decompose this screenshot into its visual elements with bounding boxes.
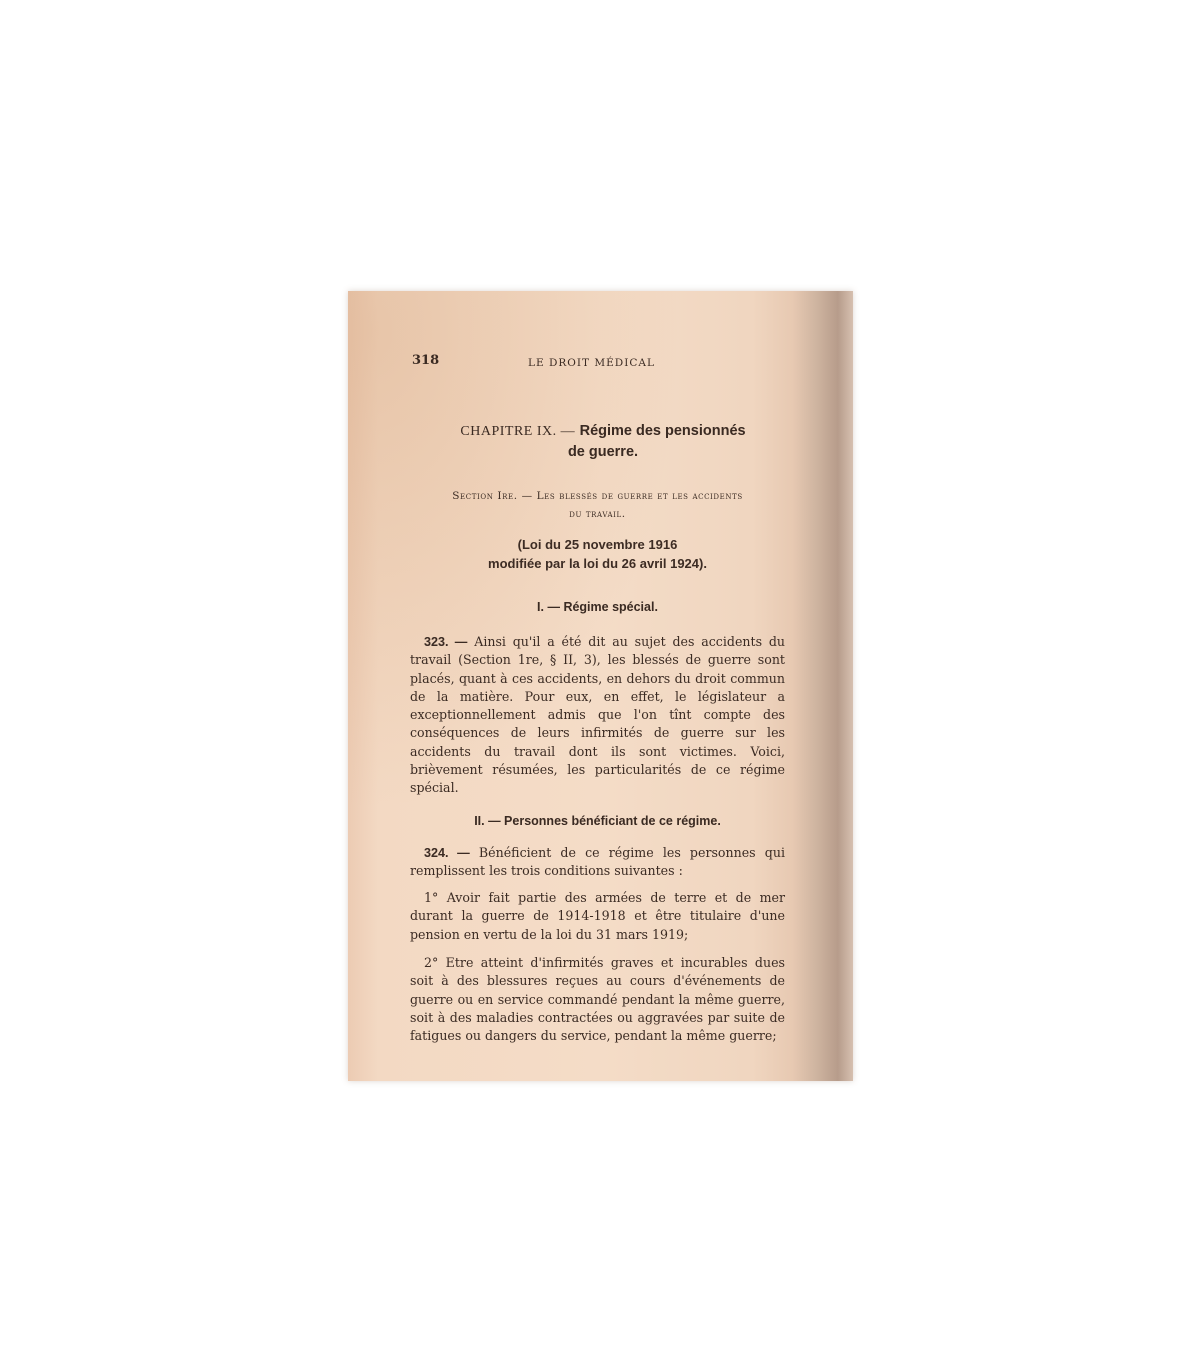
paragraph-number: 323. — — [424, 635, 467, 649]
section-line2: du travail. — [410, 505, 785, 523]
paragraph-text: Ainsi qu'il a été dit au sujet des accid… — [410, 634, 785, 795]
section-heading: Section Ire. — Les blessés de guerre et … — [410, 487, 785, 523]
chapter-title-line1: Régime des pensionnés — [580, 423, 746, 439]
paragraph-number: 324. — — [424, 846, 470, 860]
condition-1-text: 1° Avoir fait partie des armées de terre… — [410, 889, 785, 944]
law-reference-line2: modifiée par la loi du 26 avril 1924). — [410, 554, 785, 573]
chapter-label: CHAPITRE IX. — — [460, 424, 575, 439]
subsection-heading-2: II. — Personnes bénéficiant de ce régime… — [410, 814, 785, 828]
condition-2-text: 2° Etre atteint d'infirmités graves et i… — [410, 954, 785, 1045]
chapter-heading: CHAPITRE IX. — Régime des pensionnés de … — [443, 421, 763, 462]
condition-1: 1° Avoir fait partie des armées de terre… — [410, 889, 785, 944]
section-line1: Section Ire. — Les blessés de guerre et … — [410, 487, 785, 505]
condition-2: 2° Etre atteint d'infirmités graves et i… — [410, 954, 785, 1045]
law-reference-line1: (Loi du 25 novembre 1916 — [410, 535, 785, 554]
paragraph-324: 324. — Bénéficient de ce régime les pers… — [410, 844, 785, 881]
law-reference: (Loi du 25 novembre 1916 modifiée par la… — [410, 535, 785, 573]
subsection-heading-1: I. — Régime spécial. — [410, 600, 785, 614]
page-number: 318 — [412, 353, 439, 368]
scanned-book-page: 318 LE DROIT MÉDICAL CHAPITRE IX. — Régi… — [348, 291, 853, 1081]
chapter-title-line2: de guerre. — [568, 444, 638, 460]
paragraph-323: 323. — Ainsi qu'il a été dit au sujet de… — [410, 633, 785, 798]
running-head: LE DROIT MÉDICAL — [528, 357, 655, 369]
